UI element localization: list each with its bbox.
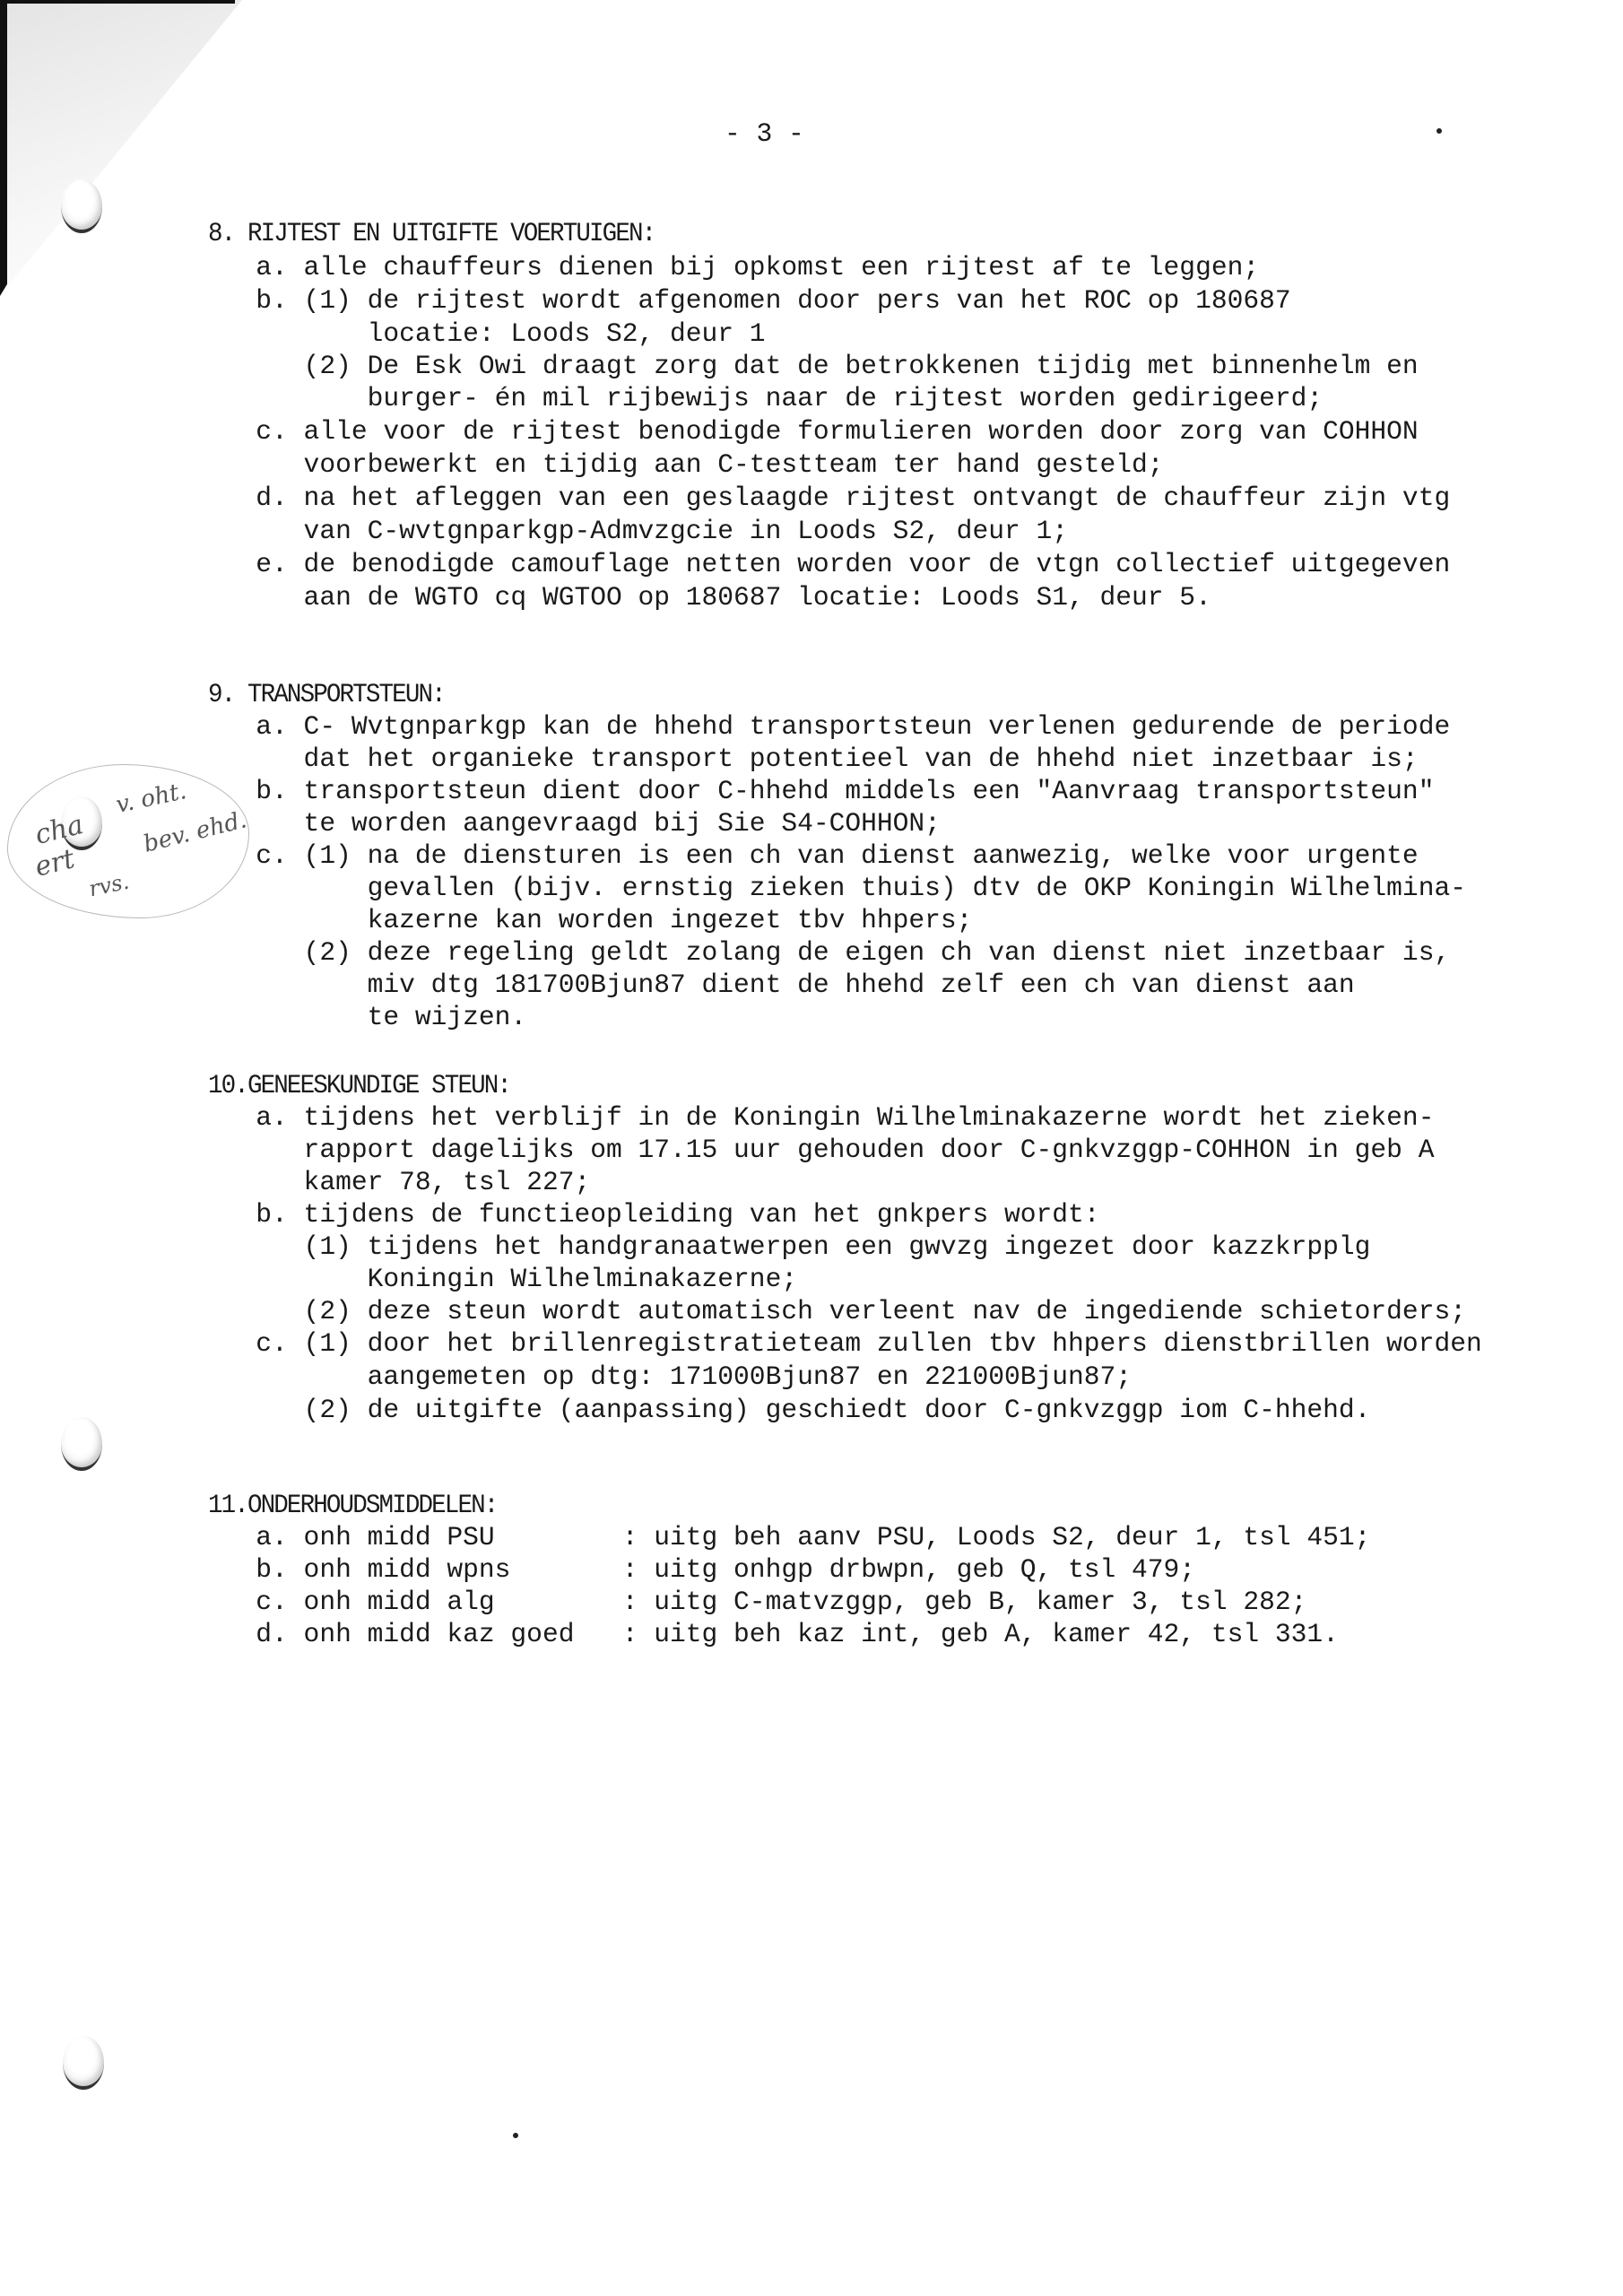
list-item: b. transportsteun dient door C-hhehd mid… — [208, 775, 1434, 807]
section-heading: 11.ONDERHOUDSMIDDELEN: — [208, 1489, 497, 1521]
list-item: c. (1) na de diensturen is een ch van di… — [208, 839, 1419, 872]
list-item: aangemeten op dtg: 171000Bjun87 en 22100… — [208, 1361, 1132, 1393]
section-heading: 10.GENEESKUNDIGE STEUN: — [208, 1069, 510, 1101]
annotation-text: v. oht. — [114, 778, 189, 819]
list-item: locatie: Loods S2, deur 1 — [208, 317, 766, 350]
ink-speck — [513, 2133, 518, 2138]
folded-corner — [0, 0, 242, 296]
list-item: van C-wvtgnparkgp-Admvzgcie in Loods S2,… — [208, 515, 1068, 547]
annotation-text: rvs. — [87, 869, 132, 902]
list-item: d. na het afleggen van een geslaagde rij… — [208, 482, 1450, 514]
list-item: b. tijdens de functieopleiding van het g… — [208, 1198, 1100, 1231]
list-item: burger- én mil rijbewijs naar de rijtest… — [208, 382, 1323, 414]
list-item: c. (1) door het brillenregistratieteam z… — [208, 1327, 1482, 1360]
list-item: b. onh midd wpns : uitg onhgp drbwpn, ge… — [208, 1553, 1195, 1586]
list-item: gevallen (bijv. ernstig zieken thuis) dt… — [208, 872, 1466, 904]
list-item: kamer 78, tsl 227; — [208, 1166, 590, 1198]
list-item: dat het organieke transport potentieel v… — [208, 743, 1419, 775]
punch-hole-bottom — [63, 2036, 104, 2090]
list-item: a. alle chauffeurs dienen bij opkomst ee… — [208, 251, 1259, 283]
scan-edge-top — [0, 0, 235, 4]
list-item: te wijzen. — [208, 1001, 526, 1033]
list-item: (2) De Esk Owi draagt zorg dat de betrok… — [208, 350, 1419, 382]
section-heading: 8. RIJTEST EN UITGIFTE VOERTUIGEN: — [208, 217, 655, 249]
handwritten-annotation: cha v. oht. ert bev. ehd. rvs. — [7, 764, 249, 918]
list-item: kazerne kan worden ingezet tbv hhpers; — [208, 904, 972, 936]
list-item: d. onh midd kaz goed : uitg beh kaz int,… — [208, 1618, 1339, 1650]
punch-hole-top — [61, 179, 102, 233]
list-item: (2) deze regeling geldt zolang de eigen … — [208, 936, 1450, 969]
list-item: (2) de uitgifte (aanpassing) geschiedt d… — [208, 1394, 1370, 1426]
annotation-text: cha — [32, 809, 87, 851]
page-number: - 3 - — [725, 118, 804, 149]
list-item: b. (1) de rijtest wordt afgenomen door p… — [208, 284, 1291, 317]
section-heading: 9. TRANSPORTSTEUN: — [208, 678, 445, 710]
list-item: (2) deze steun wordt automatisch verleen… — [208, 1295, 1466, 1327]
list-item: voorbewerkt en tijdig aan C-testteam ter… — [208, 448, 1164, 481]
list-item: a. tijdens het verblijf in de Koningin W… — [208, 1101, 1434, 1134]
list-item: a. C- Wvtgnparkgp kan de hhehd transport… — [208, 710, 1450, 743]
list-item: aan de WGTO cq WGTOO op 180687 locatie: … — [208, 581, 1211, 613]
list-item: e. de benodigde camouflage netten worden… — [208, 548, 1450, 580]
list-item: c. onh midd alg : uitg C-matvzggp, geb B… — [208, 1586, 1306, 1618]
list-item: rapport dagelijks om 17.15 uur gehouden … — [208, 1134, 1434, 1166]
ink-speck — [1436, 128, 1442, 134]
list-item: c. alle voor de rijtest benodigde formul… — [208, 415, 1419, 448]
scan-edge-left — [0, 0, 7, 296]
list-item: (1) tijdens het handgranaatwerpen een gw… — [208, 1231, 1370, 1263]
list-item: Koningin Wilhelminakazerne; — [208, 1263, 797, 1295]
list-item: te worden aangevraagd bij Sie S4-COHHON; — [208, 807, 941, 839]
list-item: miv dtg 181700Bjun87 dient de hhehd zelf… — [208, 969, 1355, 1001]
list-item: a. onh midd PSU : uitg beh aanv PSU, Loo… — [208, 1521, 1370, 1553]
annotation-text: bev. ehd. — [141, 806, 249, 857]
punch-hole-middle — [61, 1417, 102, 1471]
